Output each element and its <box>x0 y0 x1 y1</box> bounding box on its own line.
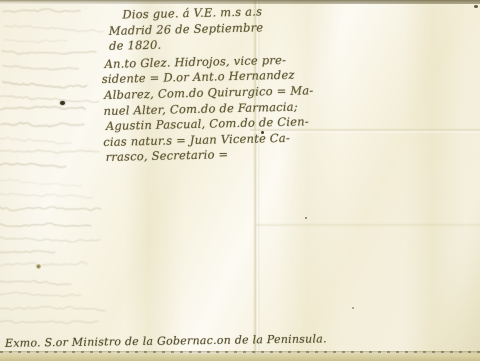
ink-speck <box>352 307 354 309</box>
ink-speck <box>474 5 478 8</box>
horizontal-crease-faint <box>255 223 480 227</box>
underlying-page-edge <box>0 351 480 361</box>
address-line: Exmo. S.or Ministro de la Gobernac.on de… <box>5 333 265 350</box>
ink-speck <box>305 217 307 219</box>
manuscript-photo: Dios gue. á V.E. m.s a.sMadrid 26 de Sep… <box>0 0 480 361</box>
manuscript-line: rrasco, Secretario = <box>105 146 281 166</box>
manuscript-text-block: Dios gue. á V.E. m.s a.sMadrid 26 de Sep… <box>100 4 282 166</box>
manuscript-line: de 1820. <box>109 35 279 54</box>
